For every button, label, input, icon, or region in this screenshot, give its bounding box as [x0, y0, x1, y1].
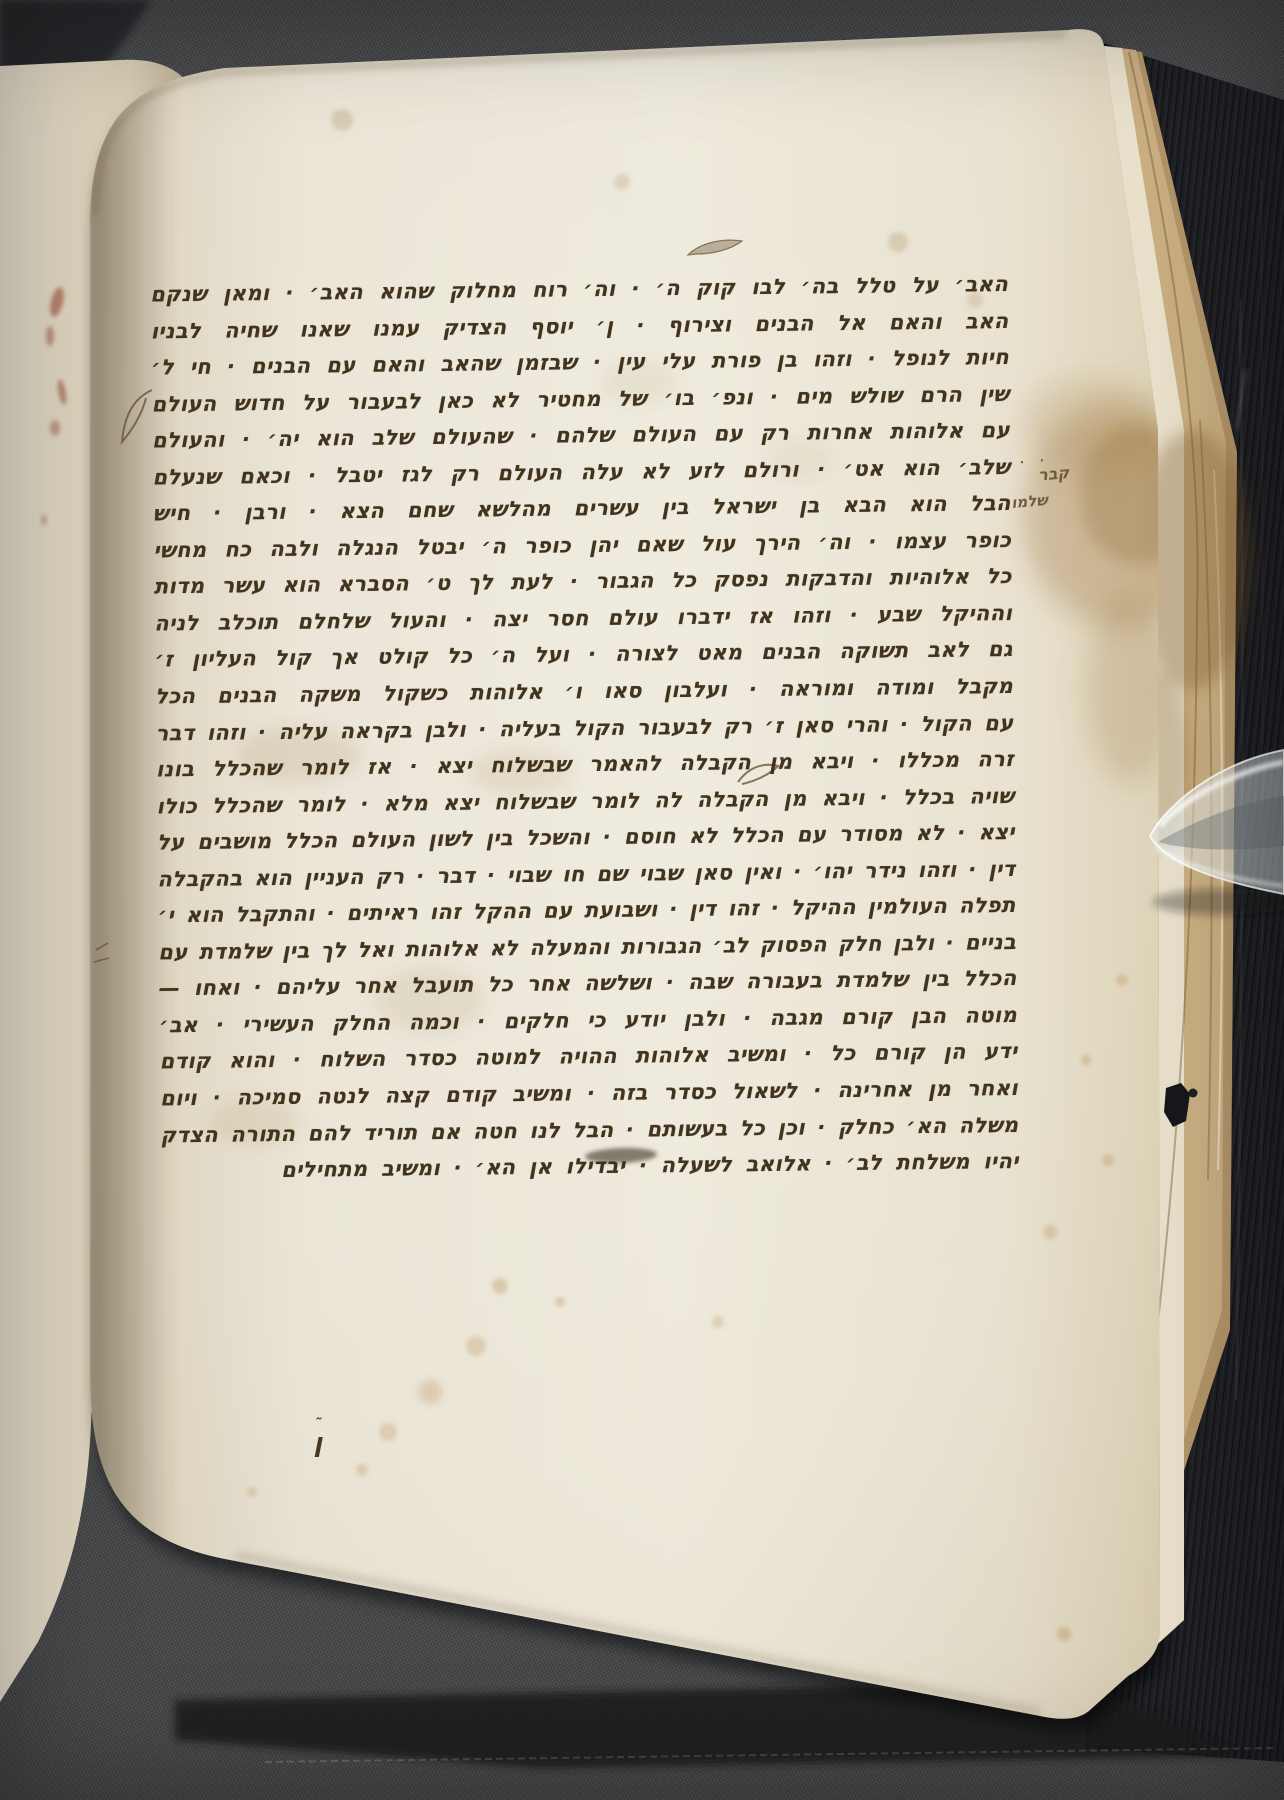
text-block: האב׳ על טלל בה׳ לבו קוק ה׳ · וה׳ רוח מחל… — [150, 266, 1019, 1190]
quire-mark-letter: ן — [300, 1428, 336, 1458]
marginal-note: · · קבר שלמו — [973, 454, 1072, 514]
quire-mark-tilde: ˜ — [300, 1420, 336, 1428]
quire-mark: ˜ ן — [300, 1420, 336, 1458]
manuscript-photo: האב׳ על טלל בה׳ לבו קוק ה׳ · וה׳ רוח מחל… — [0, 0, 1284, 1800]
